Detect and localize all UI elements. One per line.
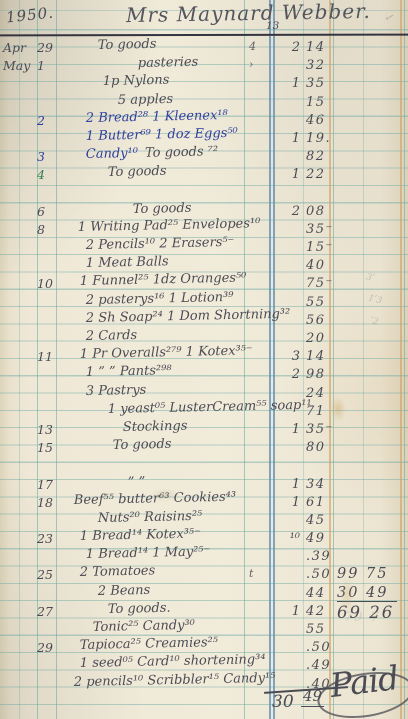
amount-cents: 15 — [306, 95, 326, 110]
amount-cents: 32 — [306, 58, 326, 73]
amount-cents: 14 — [306, 40, 326, 55]
row-month: May — [3, 58, 30, 73]
amount-cents: 49 — [306, 531, 326, 546]
row-day: 13 — [37, 422, 55, 437]
description-segment: To goods — [98, 37, 157, 53]
row-description: 1 Writing Pad²⁵ Envelopes¹⁰ — [78, 216, 268, 235]
ledger-rows: Apr29To goods4214May1pasteries›321p Nylo… — [0, 40, 408, 695]
corner-check-mark: ✓ — [383, 10, 394, 24]
row-description: 5 apples — [118, 91, 181, 107]
ledger-row: 1p Nylons135 — [0, 76, 408, 94]
page-number: 13 — [266, 20, 279, 32]
amount-dollars: 2 — [276, 40, 300, 55]
row-description: Candy¹⁰To goods ⁷² — [86, 144, 226, 162]
ledger-row: 2 Beans4430 49 — [0, 586, 408, 604]
amount-dollars: 3 — [276, 349, 300, 364]
description-segment: 1 ” ” Pants²⁹⁸ — [86, 364, 172, 381]
description-segment: Candy¹⁰ — [86, 146, 138, 162]
row-description: 1 Pr Overalls²⁷⁹ 1 Kotex³⁵⁻ — [80, 343, 260, 362]
row-description: To goods — [133, 200, 199, 216]
amount-cents: 80 — [306, 440, 326, 455]
row-day: 1 — [37, 58, 55, 73]
row-day: 23 — [37, 531, 55, 546]
row-description: pasteries — [138, 55, 206, 71]
description-segment: 1 yeast⁰⁵ LusterCream⁵⁵ soap¹¹ — [108, 397, 312, 416]
description-segment: 2 Bread²⁸ 1 Kleenex¹⁸ — [86, 108, 228, 126]
amount-cents: 46 — [306, 113, 326, 128]
ledger-page: 1950. Mrs Maynard Webber. 13 ✓ Apr29To g… — [0, 0, 408, 719]
erased-pencil-note: 79 7 — [344, 610, 381, 625]
header-divider-line — [0, 34, 408, 37]
amount-cents: 45 — [306, 513, 326, 528]
amount-cents: 34 — [306, 477, 326, 492]
ledger-row — [0, 458, 408, 476]
amount-cents: 40 — [306, 258, 326, 273]
amount-cents: 35 — [306, 76, 326, 91]
row-description: 1 Bread¹⁴ Kotex³⁵⁻ — [80, 526, 209, 544]
description-segment: 2 Cards — [86, 328, 138, 344]
row-day: 18 — [37, 495, 55, 510]
amount-cents: 55 — [306, 622, 326, 637]
description-segment: 2 Tomatoes — [80, 564, 156, 581]
balance-value: 99 75 — [337, 566, 389, 582]
row-description: 1 ” ” Pants²⁹⁸ — [86, 363, 179, 380]
description-segment: 2 Pencils¹⁰ 2 Erasers⁵⁻ — [86, 235, 235, 253]
description-segment: To goods — [108, 164, 167, 180]
description-segment: 3 Pastrys — [86, 382, 147, 398]
row-day: 6 — [37, 204, 55, 219]
amount-cents: 61 — [306, 495, 326, 510]
amount-cents: .50 — [306, 640, 331, 655]
amount-cents: 08 — [306, 204, 326, 219]
amount-dollars: 1 — [276, 76, 300, 91]
posting-mark: › — [249, 58, 253, 71]
row-description: To goods — [98, 37, 164, 53]
description-segment: 1 Writing Pad²⁵ Envelopes¹⁰ — [78, 216, 261, 235]
amount-cents: 35⁻ — [306, 222, 334, 237]
row-description: 2 Pencils¹⁰ 2 Erasers⁵⁻ — [86, 235, 242, 253]
amount-cents: 20 — [306, 331, 326, 346]
row-description: 3 Pastrys — [86, 382, 154, 398]
amount-cents: 56 — [306, 313, 326, 328]
row-description: 1 Bread¹⁴ 1 May²⁵⁻ — [86, 544, 218, 562]
amount-dollars: 1 — [276, 131, 300, 146]
amount-cents: .50 — [306, 567, 331, 582]
description-segment: To goods. — [108, 601, 171, 617]
amount-dollars: 1 — [276, 167, 300, 182]
description-segment: 2 pasterys¹⁶ 1 Lotion³⁹ — [86, 290, 234, 308]
ledger-row: 13Stockings135⁻ — [0, 422, 408, 440]
description-segment: To goods — [113, 437, 172, 453]
description-segment: Nuts²⁰ Raisins²⁵ — [98, 509, 203, 526]
row-description: 1 Butter⁶⁹ 1 doz Eggs⁵⁰ — [86, 126, 245, 144]
posting-mark: 4 — [249, 40, 256, 53]
amount-dollars: 2 — [276, 204, 300, 219]
description-segment: 1 Pr Overalls²⁷⁹ 1 Kotex³⁵⁻ — [80, 344, 253, 363]
row-day: 2 — [37, 113, 55, 128]
row-description: Beef⁵⁵ butter⁶³ Cookies⁴³ — [74, 489, 244, 508]
row-day: 17 — [37, 477, 55, 492]
row-day: 29 — [37, 40, 55, 55]
ledger-row: 252 Tomatoest.5099 75 — [0, 567, 408, 585]
row-description: 1 seed⁰⁵ Card¹⁰ shortening³⁴ — [80, 652, 273, 671]
description-segment: ” ” — [128, 474, 146, 489]
row-day: 3 — [37, 149, 55, 164]
row-description: To goods. — [108, 600, 178, 616]
row-description: 2 pasterys¹⁶ 1 Lotion³⁹ — [86, 289, 241, 307]
row-description: 2 Bread²⁸ 1 Kleenex¹⁸ — [86, 108, 235, 126]
ledger-row: 111 Pr Overalls²⁷⁹ 1 Kotex³⁵⁻314 — [0, 349, 408, 367]
amount-cents: 22 — [306, 167, 326, 182]
ledger-row: 1 yeast⁰⁵ LusterCream⁵⁵ soap¹¹71 — [0, 404, 408, 422]
amount-dollars: 1 — [276, 477, 300, 492]
total-dollars: 30 — [272, 692, 294, 712]
row-description: 2 Tomatoes — [80, 564, 163, 581]
row-description: Tapioca²⁵ Creamies²⁵ — [80, 635, 225, 653]
amount-cents: 19. — [306, 131, 331, 146]
paid-stamp-text: Paid — [328, 658, 400, 705]
row-description: Nuts²⁰ Raisins²⁵ — [98, 509, 210, 526]
amount-cents: 75⁻ — [306, 276, 334, 291]
page-title: Mrs Maynard Webber. — [126, 0, 371, 27]
description-segment: 5 apples — [118, 91, 174, 107]
amount-dollars: ¹⁰ — [276, 531, 300, 546]
amount-cents: 42 — [306, 604, 326, 619]
amount-dollars: 1 — [276, 495, 300, 510]
description-segment: Tapioca²⁵ Creamies²⁵ — [80, 635, 218, 653]
description-segment: To goods — [133, 200, 192, 216]
amount-cents: 44 — [306, 586, 326, 601]
ledger-row — [0, 186, 408, 204]
year-label: 1950. — [5, 4, 55, 27]
ledger-row: 2 Sh Soap²⁴ 1 Dom Shortning³²56 — [0, 313, 408, 331]
ledger-row: 1 ” ” Pants²⁹⁸298 — [0, 367, 408, 385]
description-segment: 2 Sh Soap²⁴ 1 Dom Shortning³² — [86, 307, 291, 326]
amount-cents: .39 — [306, 549, 331, 564]
row-day: 27 — [37, 604, 55, 619]
amount-dollars: 1 — [276, 604, 300, 619]
amount-cents: 71 — [306, 404, 326, 419]
description-segment: 1 Funnel²⁵ 1dz Oranges⁵⁰ — [80, 271, 247, 289]
description-segment: pasteries — [138, 55, 199, 71]
ledger-row: 15To goods80 — [0, 440, 408, 458]
row-description: ” ” — [128, 474, 153, 490]
row-description: To goods — [113, 437, 179, 453]
row-description: 2 Cards — [86, 328, 145, 344]
row-day: 4 — [37, 167, 55, 182]
ledger-row: May1pasteries›32 — [0, 58, 408, 76]
row-description: 1p Nylons — [103, 73, 177, 90]
description-segment: 1 seed⁰⁵ Card¹⁰ shortening³⁴ — [80, 652, 266, 671]
description-segment: 1p Nylons — [103, 73, 170, 89]
row-month: Apr — [3, 40, 26, 55]
description-segment: 1 Butter⁶⁹ 1 doz Eggs⁵⁰ — [86, 126, 238, 144]
row-description: 1 Funnel²⁵ 1dz Oranges⁵⁰ — [80, 271, 254, 290]
description-segment: Tonic²⁵ Candy³⁰ — [93, 618, 195, 635]
description-segment: 2 Beans — [98, 583, 151, 599]
description-segment: Beef⁵⁵ butter⁶³ Cookies⁴³ — [74, 489, 237, 507]
row-description: 2 Beans — [98, 582, 158, 598]
amount-cents: 82 — [306, 149, 326, 164]
row-day: 8 — [37, 222, 55, 237]
row-description: 1 Meat Balls — [86, 254, 176, 271]
description-segment: 1 Bread¹⁴ 1 May²⁵⁻ — [86, 545, 211, 563]
ledger-row: 2 Pencils¹⁰ 2 Erasers⁵⁻15⁻ — [0, 240, 408, 258]
amount-cents: 55 — [306, 295, 326, 310]
amount-dollars: 2 — [276, 367, 300, 382]
posting-mark: t — [249, 567, 253, 580]
row-description: Tonic²⁵ Candy³⁰ — [93, 618, 202, 635]
amount-cents: 15⁻ — [306, 240, 334, 255]
row-day: 11 — [37, 349, 55, 364]
row-description: To goods — [108, 164, 174, 180]
row-description: Stockings — [123, 418, 195, 434]
amount-cents: 14 — [306, 349, 326, 364]
amount-dollars: 1 — [276, 422, 300, 437]
description-segment: Stockings — [123, 419, 188, 435]
description-segment: 1 Meat Balls — [86, 255, 169, 272]
row-day: 29 — [37, 640, 55, 655]
ledger-row: 3Candy¹⁰To goods ⁷²82 — [0, 149, 408, 167]
row-day: 25 — [37, 567, 55, 582]
ledger-row: 4To goods122 — [0, 167, 408, 185]
amount-cents: 98 — [306, 367, 326, 382]
description-segment: To goods ⁷² — [145, 144, 218, 161]
balance-value: 30 49 — [337, 585, 397, 602]
description-segment: 1 Bread¹⁴ Kotex³⁵⁻ — [80, 527, 202, 545]
row-day: 15 — [37, 440, 55, 455]
amount-cents: 35⁻ — [306, 422, 334, 437]
row-day: 10 — [37, 276, 55, 291]
ledger-row: 1 Bread¹⁴ 1 May²⁵⁻.39 — [0, 549, 408, 567]
